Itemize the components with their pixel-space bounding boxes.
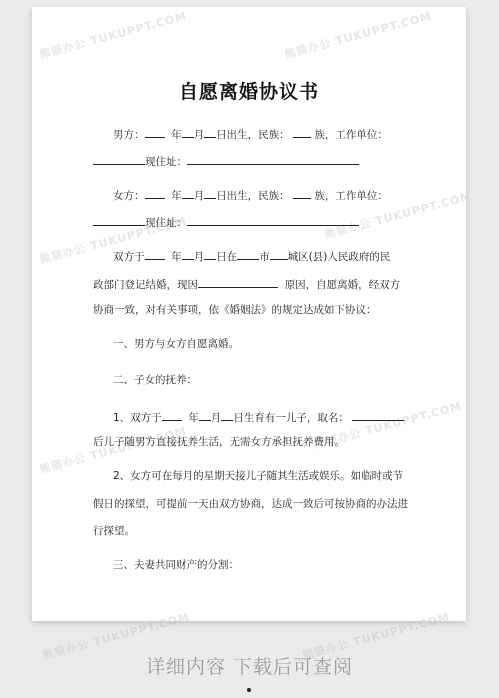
- label: 市: [259, 251, 270, 263]
- item-2-line-2: 假日的探望，可提前一天由双方协商，达成一致后可按协商的办法进: [93, 497, 408, 511]
- label: 双方于: [113, 251, 145, 263]
- item-1-line-1: 1、双方于 年月日生育有一儿子，取名：: [113, 409, 404, 425]
- male-line-1: 男方： 年月日出生，民族： 族，工作单位：: [113, 126, 388, 142]
- label: 政部门登记结婚，现因: [93, 279, 198, 291]
- label: 日在: [216, 251, 237, 263]
- blank: [204, 126, 216, 138]
- blank: [293, 126, 311, 138]
- label: 男方：: [113, 129, 145, 141]
- blank: [221, 409, 233, 421]
- label: 原因，自愿离婚，经双方: [285, 279, 401, 291]
- blank: [199, 409, 211, 421]
- page-indicator-dot[interactable]: [247, 688, 251, 692]
- blank: [162, 409, 182, 421]
- label: 现住址：: [145, 156, 187, 168]
- blank: [198, 276, 278, 288]
- female-line-2: 现住址：: [93, 214, 359, 230]
- intro-line-3: 协商一致，对有关事项，依《婚姻法》的规定达成如下协议：: [93, 303, 377, 317]
- download-hint: 详细内容 下载后可查阅: [0, 652, 499, 679]
- clause-1: 一、男方与女方自愿离婚。: [113, 337, 239, 351]
- label: 年: [171, 251, 182, 263]
- clause-2: 二、子女的抚养：: [113, 373, 197, 387]
- blank: [145, 187, 165, 199]
- watermark: 熊猫办公 TUKUPPT.COM: [283, 8, 434, 63]
- male-line-2: 现住址：: [93, 153, 359, 169]
- label: 女方：: [113, 190, 145, 202]
- blank: [204, 248, 216, 260]
- label: 日出生，民族：: [216, 129, 290, 141]
- label: 现住址：: [145, 217, 187, 229]
- blank: [237, 248, 259, 260]
- blank: [145, 126, 165, 138]
- item-1-line-2: 后儿子随男方直接抚养生活，无需女方承担抚养费用。: [93, 435, 345, 449]
- intro-line-2: 政部门登记结婚，现因 原因，自愿离婚，经双方: [93, 276, 400, 292]
- label: 族，工作单位：: [314, 129, 388, 141]
- label: 1、双方于: [113, 412, 162, 424]
- blank: [204, 187, 216, 199]
- label: 年: [171, 190, 182, 202]
- blank: [145, 248, 165, 260]
- blank: [187, 153, 359, 165]
- intro-line-1: 双方于 年月日在市城区(县)人民政府的民: [113, 248, 390, 264]
- blank: [93, 153, 145, 165]
- label: 年: [188, 412, 199, 424]
- female-line-1: 女方： 年月日出生，民族： 族，工作单位：: [113, 187, 388, 203]
- blank: [93, 214, 145, 226]
- label: 月: [194, 129, 205, 141]
- item-2-line-1: 2、女方可在每月的星期天接儿子随其生活或娱乐。如临时或节: [113, 469, 403, 483]
- label: 年: [171, 129, 182, 141]
- blank: [352, 409, 404, 421]
- blank: [182, 126, 194, 138]
- label: 日生育有一儿子，取名：: [233, 412, 349, 424]
- watermark: 熊猫办公 TUKUPPT.COM: [38, 8, 189, 63]
- document-page: 熊猫办公 TUKUPPT.COM 熊猫办公 TUKUPPT.COM 熊猫办公 T…: [32, 7, 466, 621]
- item-2-line-3: 行探望。: [93, 524, 135, 538]
- blank: [293, 187, 311, 199]
- document-title: 自愿离婚协议书: [32, 77, 466, 104]
- clause-3: 三、夫妻共同财产的分割：: [113, 558, 239, 572]
- label: 城区(县)人民政府的民: [288, 251, 391, 263]
- label: 月: [194, 251, 205, 263]
- label: 日出生，民族：: [216, 190, 290, 202]
- label: 月: [194, 190, 205, 202]
- label: 月: [211, 412, 222, 424]
- blank: [270, 248, 288, 260]
- blank: [182, 248, 194, 260]
- blank: [187, 214, 359, 226]
- blank: [182, 187, 194, 199]
- label: 族，工作单位：: [314, 190, 388, 202]
